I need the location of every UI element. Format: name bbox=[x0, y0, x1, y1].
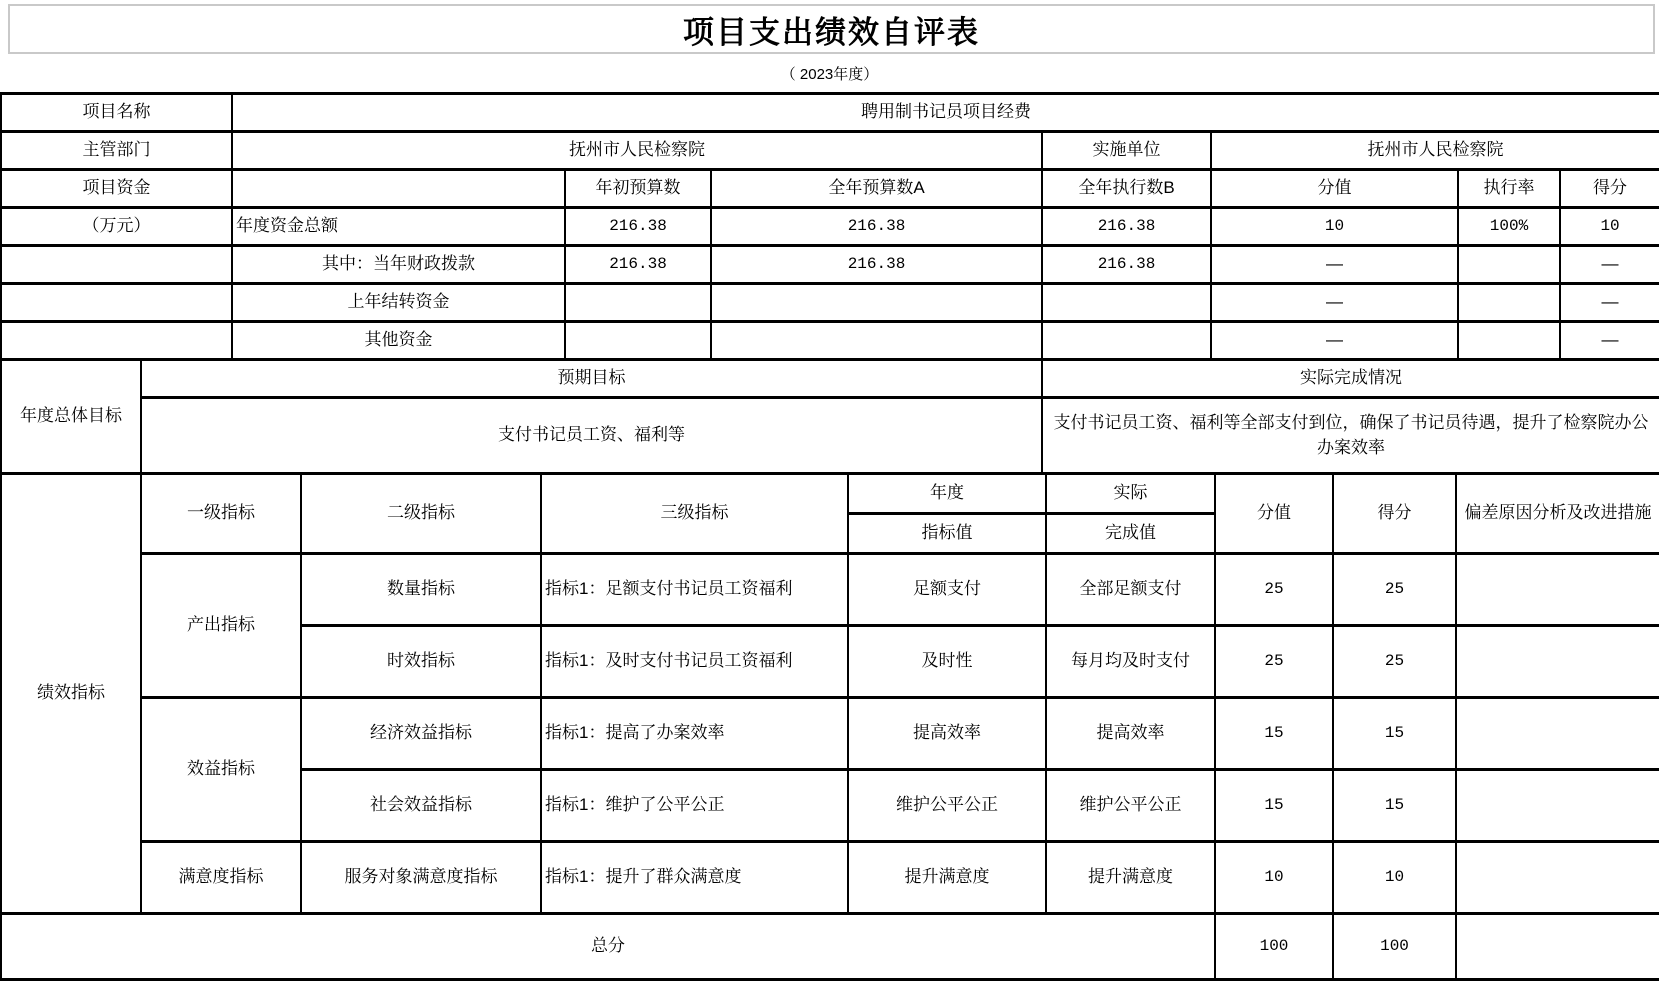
funding-row-label: 上年结转资金 bbox=[232, 284, 565, 322]
total-score: 100 bbox=[1333, 914, 1456, 980]
expected-goal-header: 预期目标 bbox=[141, 360, 1042, 398]
deviation-cell bbox=[1456, 770, 1659, 842]
project-name-label: 项目名称 bbox=[1, 94, 232, 132]
cell-score-value: — bbox=[1211, 322, 1458, 360]
cell-executed: 216.38 bbox=[1042, 246, 1211, 284]
level3-cell: 指标1：及时支付书记员工资福利 bbox=[541, 626, 848, 698]
goal-header-row: 年度总体目标 预期目标 实际完成情况 bbox=[1, 360, 1659, 398]
total-score-value: 100 bbox=[1215, 914, 1333, 980]
funding-row-carryover: 上年结转资金 — — bbox=[1, 284, 1659, 322]
empty-cell bbox=[232, 170, 565, 208]
header-level2: 二级指标 bbox=[301, 474, 541, 554]
funding-row-label: 其他资金 bbox=[232, 322, 565, 360]
cell-score: — bbox=[1560, 246, 1659, 284]
cell-executed: 216.38 bbox=[1042, 208, 1211, 246]
cell-initial: 216.38 bbox=[565, 246, 711, 284]
header-annual-budget: 全年预算数A bbox=[711, 170, 1042, 208]
score-cell: 25 bbox=[1333, 554, 1456, 626]
project-name-row: 项目名称 聘用制书记员项目经费 bbox=[1, 94, 1659, 132]
header-actual-line1: 实际 bbox=[1046, 474, 1215, 514]
score-value-cell: 10 bbox=[1215, 842, 1333, 914]
actual-completion-text: 支付书记员工资、福利等全部支付到位，确保了书记员待遇，提升了检察院办公办案效率 bbox=[1042, 398, 1659, 474]
annual-target-cell: 足额支付 bbox=[848, 554, 1046, 626]
indicator-header-row-1: 绩效指标 一级指标 二级指标 三级指标 年度 实际 分值 得分 偏差原因分析及改… bbox=[1, 474, 1659, 514]
subtitle-band: （ 2023年度） bbox=[0, 54, 1659, 92]
cell-initial: 216.38 bbox=[565, 208, 711, 246]
level2-cell: 服务对象满意度指标 bbox=[301, 842, 541, 914]
cell-initial bbox=[565, 322, 711, 360]
cell-executed bbox=[1042, 284, 1211, 322]
impl-unit-value: 抚州市人民检察院 bbox=[1211, 132, 1659, 170]
level2-cell: 经济效益指标 bbox=[301, 698, 541, 770]
deviation-cell bbox=[1456, 914, 1659, 980]
empty-cell bbox=[1, 246, 232, 284]
indicator-row-economic: 效益指标 经济效益指标 指标1：提高了办案效率 提高效率 提高效率 15 15 bbox=[1, 698, 1659, 770]
cell-annual: 216.38 bbox=[711, 246, 1042, 284]
level1-output: 产出指标 bbox=[141, 554, 301, 698]
cell-score: — bbox=[1560, 322, 1659, 360]
total-label: 总分 bbox=[1, 914, 1215, 980]
cell-annual bbox=[711, 284, 1042, 322]
cell-rate bbox=[1458, 246, 1560, 284]
score-cell: 25 bbox=[1333, 626, 1456, 698]
deviation-cell bbox=[1456, 626, 1659, 698]
deviation-cell bbox=[1456, 698, 1659, 770]
header-score: 得分 bbox=[1560, 170, 1659, 208]
score-value-cell: 15 bbox=[1215, 770, 1333, 842]
dept-value: 抚州市人民检察院 bbox=[232, 132, 1042, 170]
score-cell: 10 bbox=[1333, 842, 1456, 914]
cell-rate: 100% bbox=[1458, 208, 1560, 246]
indicators-row-label: 绩效指标 bbox=[1, 474, 141, 914]
level3-cell: 指标1：维护了公平公正 bbox=[541, 770, 848, 842]
actual-value-cell: 全部足额支付 bbox=[1046, 554, 1215, 626]
cell-score: 10 bbox=[1560, 208, 1659, 246]
header-actual-line2: 完成值 bbox=[1046, 514, 1215, 554]
empty-cell bbox=[1, 322, 232, 360]
indicator-row-satisfaction: 满意度指标 服务对象满意度指标 指标1：提升了群众满意度 提升满意度 提升满意度… bbox=[1, 842, 1659, 914]
funding-row-other: 其他资金 — — bbox=[1, 322, 1659, 360]
annual-goal-table: 年度总体目标 预期目标 实际完成情况 支付书记员工资、福利等 支付书记员工资、福… bbox=[0, 358, 1659, 475]
annual-target-cell: 及时性 bbox=[848, 626, 1046, 698]
department-row: 主管部门 抚州市人民检察院 实施单位 抚州市人民检察院 bbox=[1, 132, 1659, 170]
funding-label-line1: 项目资金 bbox=[1, 170, 232, 208]
indicator-row-quantity: 产出指标 数量指标 指标1：足额支付书记员工资福利 足额支付 全部足额支付 25… bbox=[1, 554, 1659, 626]
funding-header-row: 项目资金 年初预算数 全年预算数A 全年执行数B 分值 执行率 得分 bbox=[1, 170, 1659, 208]
header-execution-rate: 执行率 bbox=[1458, 170, 1560, 208]
total-score-row: 总分 100 100 bbox=[1, 914, 1659, 980]
cell-score-value: — bbox=[1211, 246, 1458, 284]
header-level1: 一级指标 bbox=[141, 474, 301, 554]
actual-value-cell: 每月均及时支付 bbox=[1046, 626, 1215, 698]
score-cell: 15 bbox=[1333, 770, 1456, 842]
cell-rate bbox=[1458, 284, 1560, 322]
cell-score-value: — bbox=[1211, 284, 1458, 322]
score-cell: 15 bbox=[1333, 698, 1456, 770]
annual-target-cell: 维护公平公正 bbox=[848, 770, 1046, 842]
funding-row-fiscal: 其中：当年财政拨款 216.38 216.38 216.38 — — bbox=[1, 246, 1659, 284]
project-funding-table: 项目名称 聘用制书记员项目经费 主管部门 抚州市人民检察院 实施单位 抚州市人民… bbox=[0, 92, 1659, 361]
performance-self-evaluation-form: 项目支出绩效自评表 （ 2023年度） 项目名称 聘用制书记员项目经费 主管部门… bbox=[0, 0, 1659, 986]
performance-indicators-table: 绩效指标 一级指标 二级指标 三级指标 年度 实际 分值 得分 偏差原因分析及改… bbox=[0, 472, 1659, 981]
level3-cell: 指标1：提高了办案效率 bbox=[541, 698, 848, 770]
cell-score: — bbox=[1560, 284, 1659, 322]
level2-cell: 时效指标 bbox=[301, 626, 541, 698]
header-annual-line2: 指标值 bbox=[848, 514, 1046, 554]
cell-annual: 216.38 bbox=[711, 208, 1042, 246]
actual-value-cell: 维护公平公正 bbox=[1046, 770, 1215, 842]
cell-executed bbox=[1042, 322, 1211, 360]
funding-row-label: 其中：当年财政拨款 bbox=[232, 246, 565, 284]
deviation-cell bbox=[1456, 554, 1659, 626]
annual-target-cell: 提升满意度 bbox=[848, 842, 1046, 914]
score-value-cell: 25 bbox=[1215, 554, 1333, 626]
level3-cell: 指标1：提升了群众满意度 bbox=[541, 842, 848, 914]
level2-cell: 数量指标 bbox=[301, 554, 541, 626]
header-annual-line1: 年度 bbox=[848, 474, 1046, 514]
level1-benefit: 效益指标 bbox=[141, 698, 301, 842]
score-value-cell: 25 bbox=[1215, 626, 1333, 698]
header-level3: 三级指标 bbox=[541, 474, 848, 554]
dept-label: 主管部门 bbox=[1, 132, 232, 170]
cell-score-value: 10 bbox=[1211, 208, 1458, 246]
project-name-value: 聘用制书记员项目经费 bbox=[232, 94, 1659, 132]
form-subtitle: （ 2023年度） bbox=[781, 63, 879, 84]
actual-completion-header: 实际完成情况 bbox=[1042, 360, 1659, 398]
impl-unit-label: 实施单位 bbox=[1042, 132, 1211, 170]
goal-content-row: 支付书记员工资、福利等 支付书记员工资、福利等全部支付到位，确保了书记员待遇，提… bbox=[1, 398, 1659, 474]
deviation-cell bbox=[1456, 842, 1659, 914]
funding-label-line2: （万元） bbox=[1, 208, 232, 246]
title-band: 项目支出绩效自评表 bbox=[8, 4, 1655, 54]
cell-rate bbox=[1458, 322, 1560, 360]
actual-value-cell: 提高效率 bbox=[1046, 698, 1215, 770]
annual-target-cell: 提高效率 bbox=[848, 698, 1046, 770]
funding-row-label: 年度资金总额 bbox=[232, 208, 565, 246]
empty-cell bbox=[1, 284, 232, 322]
level3-cell: 指标1：足额支付书记员工资福利 bbox=[541, 554, 848, 626]
header-ind-score-value: 分值 bbox=[1215, 474, 1333, 554]
actual-value-cell: 提升满意度 bbox=[1046, 842, 1215, 914]
score-value-cell: 15 bbox=[1215, 698, 1333, 770]
level1-satisfaction: 满意度指标 bbox=[141, 842, 301, 914]
level2-cell: 社会效益指标 bbox=[301, 770, 541, 842]
expected-goal-text: 支付书记员工资、福利等 bbox=[141, 398, 1042, 474]
funding-row-total: （万元） 年度资金总额 216.38 216.38 216.38 10 100%… bbox=[1, 208, 1659, 246]
cell-annual bbox=[711, 322, 1042, 360]
header-deviation: 偏差原因分析及改进措施 bbox=[1456, 474, 1659, 554]
form-title: 项目支出绩效自评表 bbox=[683, 7, 980, 52]
header-score-value: 分值 bbox=[1211, 170, 1458, 208]
header-initial-budget: 年初预算数 bbox=[565, 170, 711, 208]
cell-initial bbox=[565, 284, 711, 322]
header-ind-score: 得分 bbox=[1333, 474, 1456, 554]
goal-row-label: 年度总体目标 bbox=[1, 360, 141, 474]
header-annual-execution: 全年执行数B bbox=[1042, 170, 1211, 208]
